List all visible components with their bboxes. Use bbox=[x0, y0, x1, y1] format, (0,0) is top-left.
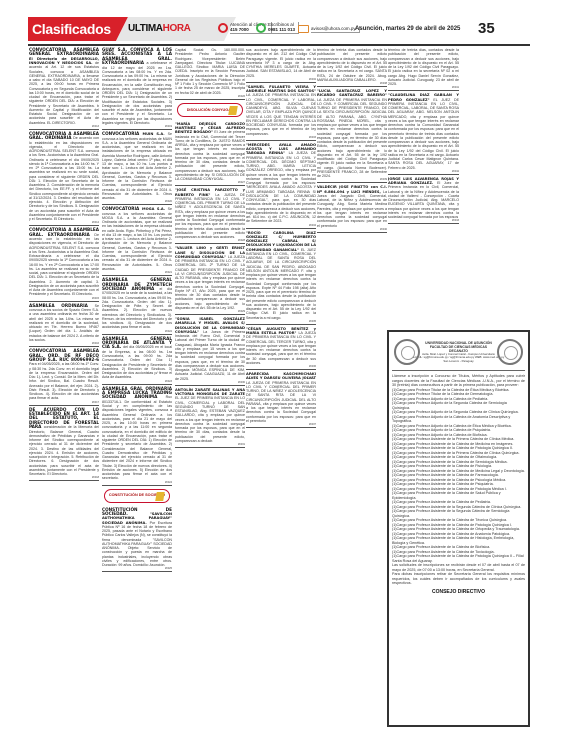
ad-title: ASAMBLEA GRAL ORDINARIA a Empresa LUCKA … bbox=[102, 386, 172, 400]
position-item: (1)Cargo para Profesor Adjunto de la Cát… bbox=[392, 415, 525, 424]
classified-ad: GUAY S.A. convoca a los Sres. Accionista… bbox=[102, 46, 172, 130]
badge-label: DISOLUCIÓN CONYUGAL bbox=[187, 108, 234, 112]
ad-body: EL JUEZ DE PRIMERA INSTANCIA EN LO CIVIL… bbox=[175, 396, 245, 443]
dateline: Asunción, martes 29 de abril de 2025 bbox=[355, 26, 460, 32]
ad-body: Se convoca a los señores accionistas de … bbox=[102, 207, 172, 271]
classified-ad: CONVOCATORIA A ASAMBLEA GRAL. EXTRAORDIN… bbox=[29, 226, 99, 301]
ad-title: CONVOCATORIA A ASAMBLEA GRAL. EXTRAORDIN… bbox=[29, 227, 99, 236]
classified-ad: "MARÍA DEJESÚS CARDOZO MARTÍNEZ y CÉSAR … bbox=[175, 120, 245, 187]
classified-ad: CONSTITUCIÓN DE SOCIEDAD. "SAVILCON AUTH… bbox=[102, 506, 172, 573]
classified-ad: término de treinta días contados desde l… bbox=[317, 46, 387, 87]
classified-ad: ASAMBLEA GENERAL ORDINARIA DE ATLANTA Y … bbox=[102, 335, 172, 385]
ad-body: Por Escritura Pública Nº 16 de fecha 18 … bbox=[102, 521, 172, 568]
ad-code: #0025 bbox=[102, 567, 172, 570]
position-item: (1)Cargo para Profesor Asistente de la P… bbox=[392, 437, 525, 442]
column-1: CONVOCATORIA ASAMBLEA GENERAL EXTRAORDIN… bbox=[29, 46, 99, 736]
whatsapp-contact: Escríbinos al0981 111 013 bbox=[256, 22, 299, 34]
classified-ad: "ROCÍO CAROLINA DIAZ GONZALEZ C/ HUMBERT… bbox=[246, 229, 316, 325]
column-4: sus acciones bajo apercibimiento de lo d… bbox=[246, 46, 316, 736]
phone-icon bbox=[218, 23, 228, 33]
ad-title: CONVOCATORIA ASAMBLEA GENERAL EXTRAORDIN… bbox=[29, 47, 99, 56]
ad-body: Se convoca a los socios de Spazio Green … bbox=[29, 304, 99, 342]
ad-code: #0032 bbox=[246, 78, 316, 81]
classified-ad: Asamblea Ordinaria Se convoca a los soci… bbox=[29, 302, 99, 347]
ad-code: #0041 bbox=[388, 86, 459, 89]
ad-body: LA JUEZA DE PRIMERA INSTANCIA EN LO CIVI… bbox=[246, 93, 316, 135]
ad-body: sus acciones bajo apercibimiento de lo d… bbox=[246, 48, 316, 78]
ad-body: LA JUEZA DE PRIMERA INSTANCIA EN LO CIVI… bbox=[175, 255, 245, 310]
phone-number: 415 7000 bbox=[230, 27, 249, 32]
ad-code: #0034 bbox=[246, 224, 316, 227]
ad-code: #0040 bbox=[317, 228, 387, 231]
classified-ad: CONVOCATORIA ASAMBLEA GENERAL EXTRAORDIN… bbox=[29, 46, 99, 130]
classified-ad: De acuerdo con lo establecido en el Art.… bbox=[29, 406, 99, 482]
column-3: Capital Social: Gs. 160.000.000. Preside… bbox=[175, 46, 245, 736]
pencil-icon bbox=[155, 492, 165, 501]
position-item: (1)Cargo para Profesor Asistente de la C… bbox=[392, 491, 525, 500]
classified-ad: JORGE LUIS ALVARENGA ROJAS Y ADRIANA GON… bbox=[388, 175, 459, 225]
ad-body: EL JUEZ DE PRIMERA INSTANCIA EN LO CIVIL… bbox=[388, 98, 459, 170]
classified-ad: "SONIA ISABEL GONZÁLEZ AMARILLA Y MIGUEL… bbox=[175, 315, 245, 386]
ad-code: #0020 bbox=[102, 200, 172, 203]
classified-ad: APARECIDA KASCHIMICHAKI ALVES Y DARSEU O… bbox=[246, 370, 316, 428]
page-header: Clasificados ULTIMAHORA Atención al clie… bbox=[28, 17, 530, 41]
classified-ad: término de treinta días, contados desde … bbox=[388, 46, 459, 91]
ad-highlight: "LUCIA SANTACRUZ LOPEZ Y RICARDO SANTACR… bbox=[317, 89, 387, 97]
ad-code: #0018 bbox=[29, 476, 99, 479]
position-item: (1)Cargo para Profesor Asistente de la C… bbox=[392, 518, 525, 523]
ad-code: #0023 bbox=[102, 380, 172, 383]
ad-body: Ruc 80133716-1. De conformidad al Estatu… bbox=[102, 395, 172, 480]
ad-body: de acuerdo al Art. 12 de sus Estatutos S… bbox=[29, 61, 99, 125]
ad-code: #0028 bbox=[175, 239, 245, 242]
ad-body: LA JUEZA DE PRIMERA INSTANCIA EN LO CIVI… bbox=[246, 331, 316, 365]
ad-code: #0043 bbox=[388, 219, 459, 222]
classified-ad: "SAMUEL FULANETO VIEIRA Y ANDRIELE MARTI… bbox=[246, 83, 316, 141]
section-badge: CONSTITUCIÓN DE SOCIEDAD bbox=[104, 489, 170, 503]
email-address: avisos@uhora.com.py bbox=[311, 26, 360, 33]
position-item: (1)Cargo para Profesor Adjunto de la Seg… bbox=[392, 401, 525, 410]
classified-ad: "MERCEDES AYALA AMADO ACOSTA Y LUIS ARMA… bbox=[246, 141, 316, 229]
classified-ad: ASAMBLEA GENERAL ORDINARIA DE ZYMETECH S… bbox=[102, 276, 172, 334]
whatsapp-icon bbox=[256, 23, 266, 33]
classified-ad: "CÉSAR AUGUSTO BENÍTEZ y MARÍA ESTELA PA… bbox=[246, 325, 316, 370]
ad-body: El Juez de Primera Instancia en lo Civil… bbox=[388, 181, 459, 219]
notice-intro: Llámese a inscripción a Concurso de Títu… bbox=[392, 374, 525, 388]
ad-code: #0026 bbox=[175, 95, 245, 98]
ad-body: De acuerdo con lo establecido en las dis… bbox=[29, 136, 99, 221]
notice-schedule: Las solicitudes de inscripciones se reci… bbox=[392, 563, 525, 572]
ad-code: #0027 bbox=[175, 181, 245, 184]
ad-code: #0031 bbox=[175, 443, 245, 446]
ad-code: #0036 bbox=[246, 365, 316, 368]
ad-code: #0016 bbox=[29, 342, 99, 345]
ad-highlight: El Directorio de DESARROLLO, INNOVACIÓN … bbox=[29, 57, 99, 65]
position-item: (1)Cargo para Profesor Asistente de la C… bbox=[392, 527, 525, 532]
ad-body: término de treinta días contados desde l… bbox=[317, 48, 387, 82]
column-5: término de treinta días contados desde l… bbox=[317, 46, 387, 330]
university-notice: UNIVERSIDAD NACIONAL DE ASUNCIÓN FACULTA… bbox=[387, 330, 530, 727]
whatsapp-number: 0981 111 013 bbox=[268, 27, 295, 32]
ad-code: #0014 bbox=[29, 221, 99, 224]
ad-code: #0035 bbox=[246, 320, 316, 323]
ad-code: #0038 bbox=[317, 82, 387, 85]
notice-requirements: Para dichas inscripciones retirar de Sec… bbox=[392, 572, 525, 586]
logo-hora: HORA bbox=[163, 23, 191, 34]
ad-code: #0037 bbox=[246, 423, 316, 426]
ad-code: #0017 bbox=[29, 401, 99, 404]
ad-body: La Jueza de Primera Instancia del Fuero … bbox=[175, 330, 245, 381]
ad-code: #0033 bbox=[246, 136, 316, 139]
classified-ad: "CLAUDELINA DIAZ GABILAN Y PEDRO GONZALE… bbox=[388, 91, 459, 175]
classified-ad: VALDECIR JOSE FINATTO con C.I. Nº 6.864.… bbox=[317, 183, 387, 233]
classified-ad: Capital Social: Gs. 160.000.000. Preside… bbox=[175, 46, 245, 100]
section-badge: DISOLUCIÓN CONYUGAL bbox=[177, 103, 243, 117]
ad-body: La JUEZA DE PRIMERA INSTANCIA EN LO CIVI… bbox=[175, 193, 245, 240]
classified-ad: CONVOCATORIA MOGA S.A. Se convoca a los … bbox=[102, 205, 172, 276]
ad-title: CONVOCATORIA bbox=[102, 131, 143, 136]
position-item: (1)Cargo para Profesor Asistente de la S… bbox=[392, 509, 525, 518]
email-contact: avisos@uhora.com.py bbox=[298, 25, 360, 33]
ad-code: #0021 bbox=[102, 271, 172, 274]
ad-code: #0019 bbox=[102, 125, 172, 128]
ad-highlight: MOGA S.A. bbox=[142, 207, 168, 211]
university-seal-icon bbox=[394, 339, 420, 365]
ad-body: Capital Social: Gs. 160.000.000. Preside… bbox=[175, 48, 245, 95]
ad-body: del día 05/05/2025 en el local de la Emp… bbox=[102, 345, 172, 379]
ad-highlight: ANTOLÍN ZARATE SALINAS Y ANA VICTORIA MO… bbox=[175, 388, 245, 396]
classified-ad: "VALUER LINO y GERTI ERNST LANE S/ DISOL… bbox=[175, 244, 245, 315]
classified-ad: CONVOCATORIA ASAMBLEA GRAL. ORD. De RF D… bbox=[29, 347, 99, 405]
classified-ad: ASAMBLEA GRAL ORDINARIA a Empresa LUCKA … bbox=[102, 385, 172, 486]
notice-letterhead: UNIVERSIDAD NACIONAL DE ASUNCIÓN FACULTA… bbox=[392, 335, 525, 371]
positions-list: (1)Cargo para Profesor Titular de la Cát… bbox=[392, 388, 525, 564]
section-brand: Clasificados bbox=[28, 17, 128, 41]
ad-body: La Jueza del Juzgado Civil, Comercial, L… bbox=[317, 190, 387, 228]
ad-body: EL JUEZ INSTANCIA EN LO CIVIL, COMERCIAL… bbox=[246, 248, 316, 320]
ad-code: #0013 bbox=[29, 125, 99, 128]
position-item: (1)Cargo para Profesor Adjunto de la Seg… bbox=[392, 410, 525, 415]
ad-title: CONVOCATORIA bbox=[102, 206, 142, 211]
ad-highlight: VALDECIR JOSE FINATTO con C.I. Nº 6.864.… bbox=[317, 185, 387, 193]
position-item: (1)Cargo para Profesor Asistente de la C… bbox=[392, 536, 525, 545]
classified-ad: ANTOLÍN ZARATE SALINAS Y ANA VICTORIA MO… bbox=[175, 386, 245, 448]
ad-body: LA JUEZA DE PRIMERA INSTANCIA EN LO CIVI… bbox=[246, 151, 316, 223]
ad-highlight: "SAMUEL FULANETO VIEIRA Y ANDRIELE MARTI… bbox=[246, 85, 316, 93]
ad-body: consideración de la Memoria del Director… bbox=[29, 425, 99, 476]
ad-highlight: APARECIDA KASCHIMICHAKI ALVES Y DARSEU O… bbox=[246, 372, 316, 380]
classified-ad: sus acciones bajo apercibimiento de lo d… bbox=[246, 46, 316, 83]
ad-title: Asamblea Ordinaria bbox=[29, 303, 95, 308]
classified-ad: CONVOCATORIA A ASAMBLEA GRAL. ORDINARIA … bbox=[29, 130, 99, 227]
column-6: término de treinta días, contados desde … bbox=[388, 46, 459, 330]
ad-body: De acuerdo con lo establecido en las dis… bbox=[29, 233, 99, 297]
ad-code: #0015 bbox=[29, 297, 99, 300]
ad-body: El Juez de primera instancia en lo Civil… bbox=[175, 130, 245, 181]
newspaper-logo: ULTIMAHORA bbox=[128, 23, 190, 34]
ad-code: #0029 bbox=[175, 310, 245, 313]
ad-highlight: MUIN S.A. bbox=[143, 132, 168, 136]
page-number: 35 bbox=[478, 20, 495, 37]
envelope-icon bbox=[298, 25, 309, 33]
ad-body: Se convoca a los señores accionistas de … bbox=[102, 132, 172, 200]
position-item: (1)Cargo para Profesor Asistente de la C… bbox=[392, 446, 525, 451]
ad-body: LA JUEZA DE PRIMERA INSTANCIA EN LO CIVI… bbox=[317, 98, 387, 179]
ad-body: el día 07/05/2025 en la sede de la socie… bbox=[102, 287, 172, 329]
ad-body: a celebrarse el día 12 de mayo del 2025 … bbox=[102, 61, 172, 125]
faculty-seal-icon bbox=[497, 339, 523, 365]
classified-ad: "LUCIA SANTACRUZ LOPEZ Y RICARDO SANTACR… bbox=[317, 87, 387, 183]
ad-code: #0030 bbox=[175, 381, 245, 384]
pencil-icon bbox=[228, 106, 238, 115]
column-2: GUAY S.A. convoca a los Sres. Accionista… bbox=[102, 46, 172, 736]
logo-ultima: ULTIMA bbox=[128, 23, 163, 34]
ad-title: CONVOCATORIA ASAMBLEA GRAL. ORD. De RF D… bbox=[29, 348, 99, 362]
ad-code: #0042 bbox=[388, 170, 459, 173]
classified-ad: CONVOCATORIA MUIN S.A. Se convoca a los … bbox=[102, 130, 172, 205]
notice-signature: CONSEJO DIRECTIVO bbox=[392, 590, 525, 595]
ad-body: Para el 04/05/2025, a las 08:00 hs.1º Co… bbox=[29, 362, 99, 400]
ad-code: #0022 bbox=[102, 330, 172, 333]
ad-code: #0039 bbox=[317, 178, 387, 181]
ad-body: término de treinta días, contados desde … bbox=[388, 48, 459, 86]
classified-ad: "JOSÉ CRISTINA PARIZOTTO y RUBERTO FINK"… bbox=[175, 186, 245, 244]
ad-body: LA JUEZA DE PRIMERA INSTANCIA EN LO CIVI… bbox=[246, 381, 316, 423]
ad-code: #0024 bbox=[102, 481, 172, 484]
position-item: (1)Cargo para Profesor Asistente de la C… bbox=[392, 554, 525, 563]
